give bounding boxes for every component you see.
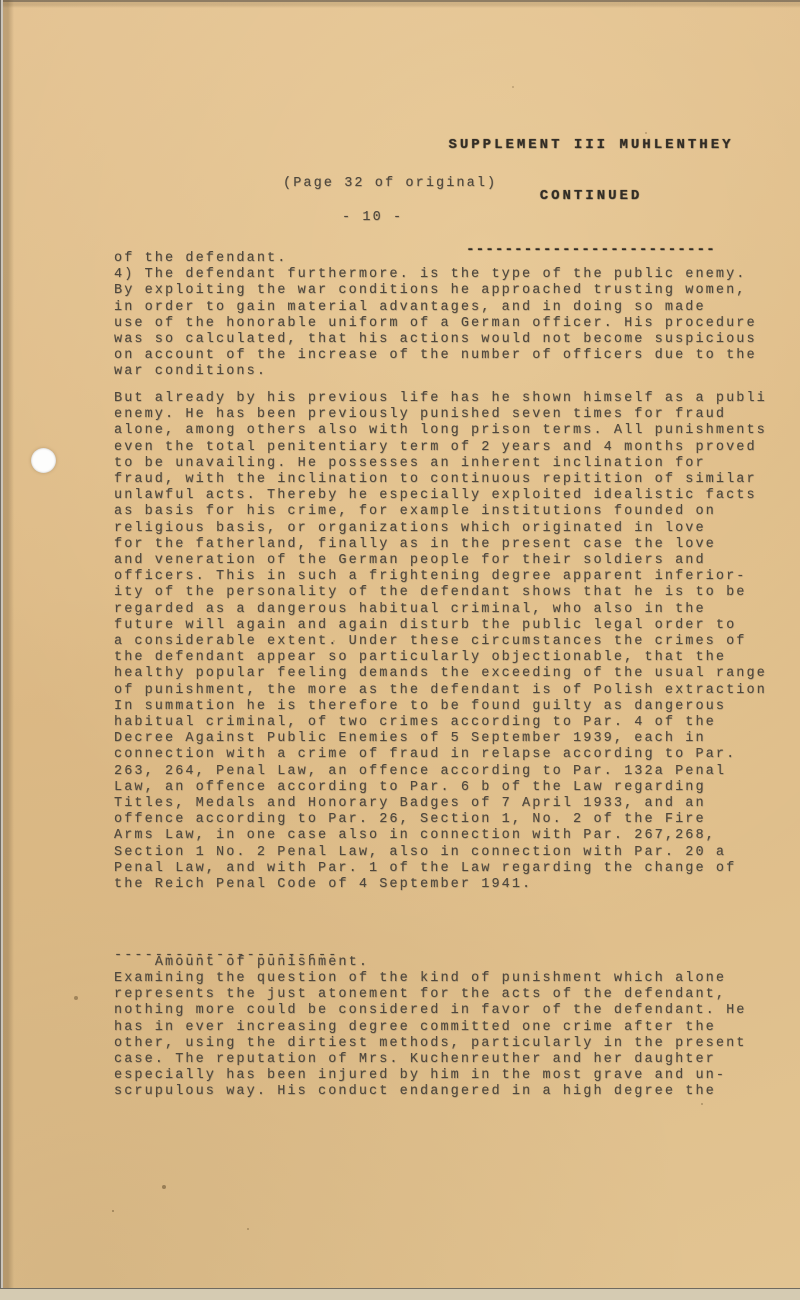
paragraph-examining-punishment: Examining the question of the kind of pu… bbox=[114, 971, 746, 1101]
section-heading-underline: ---------------------- bbox=[114, 948, 338, 964]
page-bottom-edge bbox=[0, 1288, 800, 1300]
paragraph-defendant-type: of the defendant. 4) The defendant furth… bbox=[114, 251, 757, 381]
paper-specks bbox=[0, 0, 2, 2]
hole-punch bbox=[31, 448, 56, 473]
paragraph-previous-life: But already by his previous life has he … bbox=[114, 391, 767, 893]
page-left-edge bbox=[0, 0, 14, 1300]
stamp-title: SUPPLEMENT III MUHLENTHEY bbox=[438, 137, 744, 154]
page-reference: (Page 32 of original) bbox=[283, 176, 497, 192]
page-number: - 10 - bbox=[342, 210, 403, 226]
page-top-edge bbox=[0, 0, 800, 8]
document-page: SUPPLEMENT III MUHLENTHEY CONTINUED ----… bbox=[0, 0, 800, 1300]
